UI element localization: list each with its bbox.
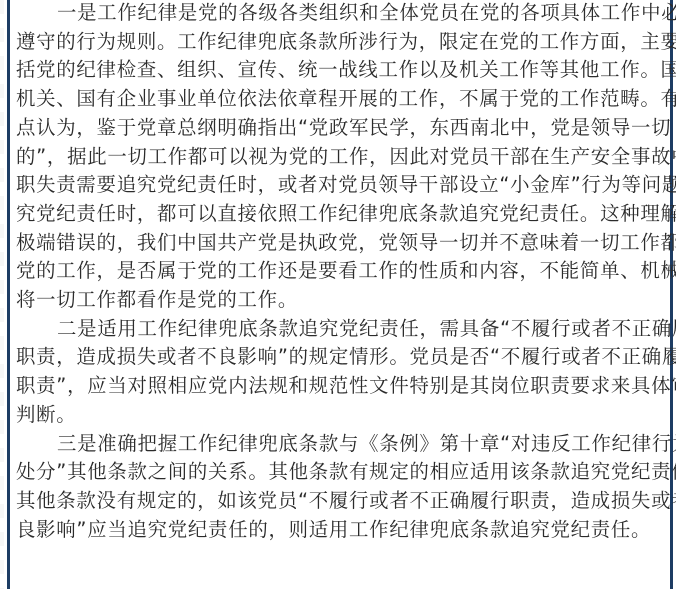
text-line: 职责，造成损失或者不良影响”的规定情形。党员是否“不履行或者不正确履行 — [16, 343, 666, 372]
text-line: 遵守的行为规则。工作纪律兜底条款所涉行为，限定在党的工作方面，主要包 — [16, 28, 666, 57]
text-line: 良影响”应当追究党纪责任的，则适用工作纪律兜底条款追究党纪责任。 — [16, 516, 666, 545]
background-edge-decoration — [0, 0, 4, 589]
text-line: 判断。 — [16, 401, 666, 430]
text-line: 职责”，应当对照相应党内法规和规范性文件特别是其岗位职责要求来具体审查 — [16, 372, 666, 401]
text-line: 一是工作纪律是党的各级各类组织和全体党员在党的各项具体工作中必须 — [16, 0, 666, 28]
paragraph-point-one: 一是工作纪律是党的各级各类组织和全体党员在党的各项具体工作中必须 遵守的行为规则… — [16, 0, 666, 315]
paragraph-point-two: 二是适用工作纪律兜底条款追究党纪责任，需具备“不履行或者不正确履行 职责，造成损… — [16, 315, 666, 430]
text-line: 的”，据此一切工作都可以视为党的工作，因此对党员干部在生产安全事故中失 — [16, 143, 666, 172]
text-line: 党的工作，是否属于党的工作还是要看工作的性质和内容，不能简单、机械地 — [16, 257, 666, 286]
text-line: 究党纪责任时，都可以直接依照工作纪律兜底条款追究党纪责任。这种理解是 — [16, 200, 666, 229]
paragraph-point-three: 三是准确把握工作纪律兜底条款与《条例》第十章“对违反工作纪律行为的 处分”其他条… — [16, 430, 666, 545]
text-line: 极端错误的，我们中国共产党是执政党，党领导一切并不意味着一切工作都是 — [16, 229, 666, 258]
article-body: 一是工作纪律是党的各级各类组织和全体党员在党的各项具体工作中必须 遵守的行为规则… — [16, 0, 666, 544]
text-line: 其他条款没有规定的，如该党员“不履行或者不正确履行职责，造成损失或者不 — [16, 487, 666, 516]
text-line: 括党的纪律检查、组织、宣传、统一战线工作以及机关工作等其他工作。国家 — [16, 56, 666, 85]
text-line: 职失责需要追究党纪责任时，或者对党员领导干部设立“小金库”行为等问题追 — [16, 171, 666, 200]
text-line: 处分”其他条款之间的关系。其他条款有规定的相应适用该条款追究党纪责任， — [16, 458, 666, 487]
text-line: 三是准确把握工作纪律兜底条款与《条例》第十章“对违反工作纪律行为的 — [16, 430, 666, 459]
text-line: 二是适用工作纪律兜底条款追究党纪责任，需具备“不履行或者不正确履行 — [16, 315, 666, 344]
text-line: 机关、国有企业事业单位依法依章程开展的工作，不属于党的工作范畴。有观 — [16, 85, 666, 114]
text-line: 点认为，鉴于党章总纲明确指出“党政军民学，东西南北中，党是领导一切 — [16, 114, 666, 143]
text-line: 将一切工作都看作是党的工作。 — [16, 286, 666, 315]
